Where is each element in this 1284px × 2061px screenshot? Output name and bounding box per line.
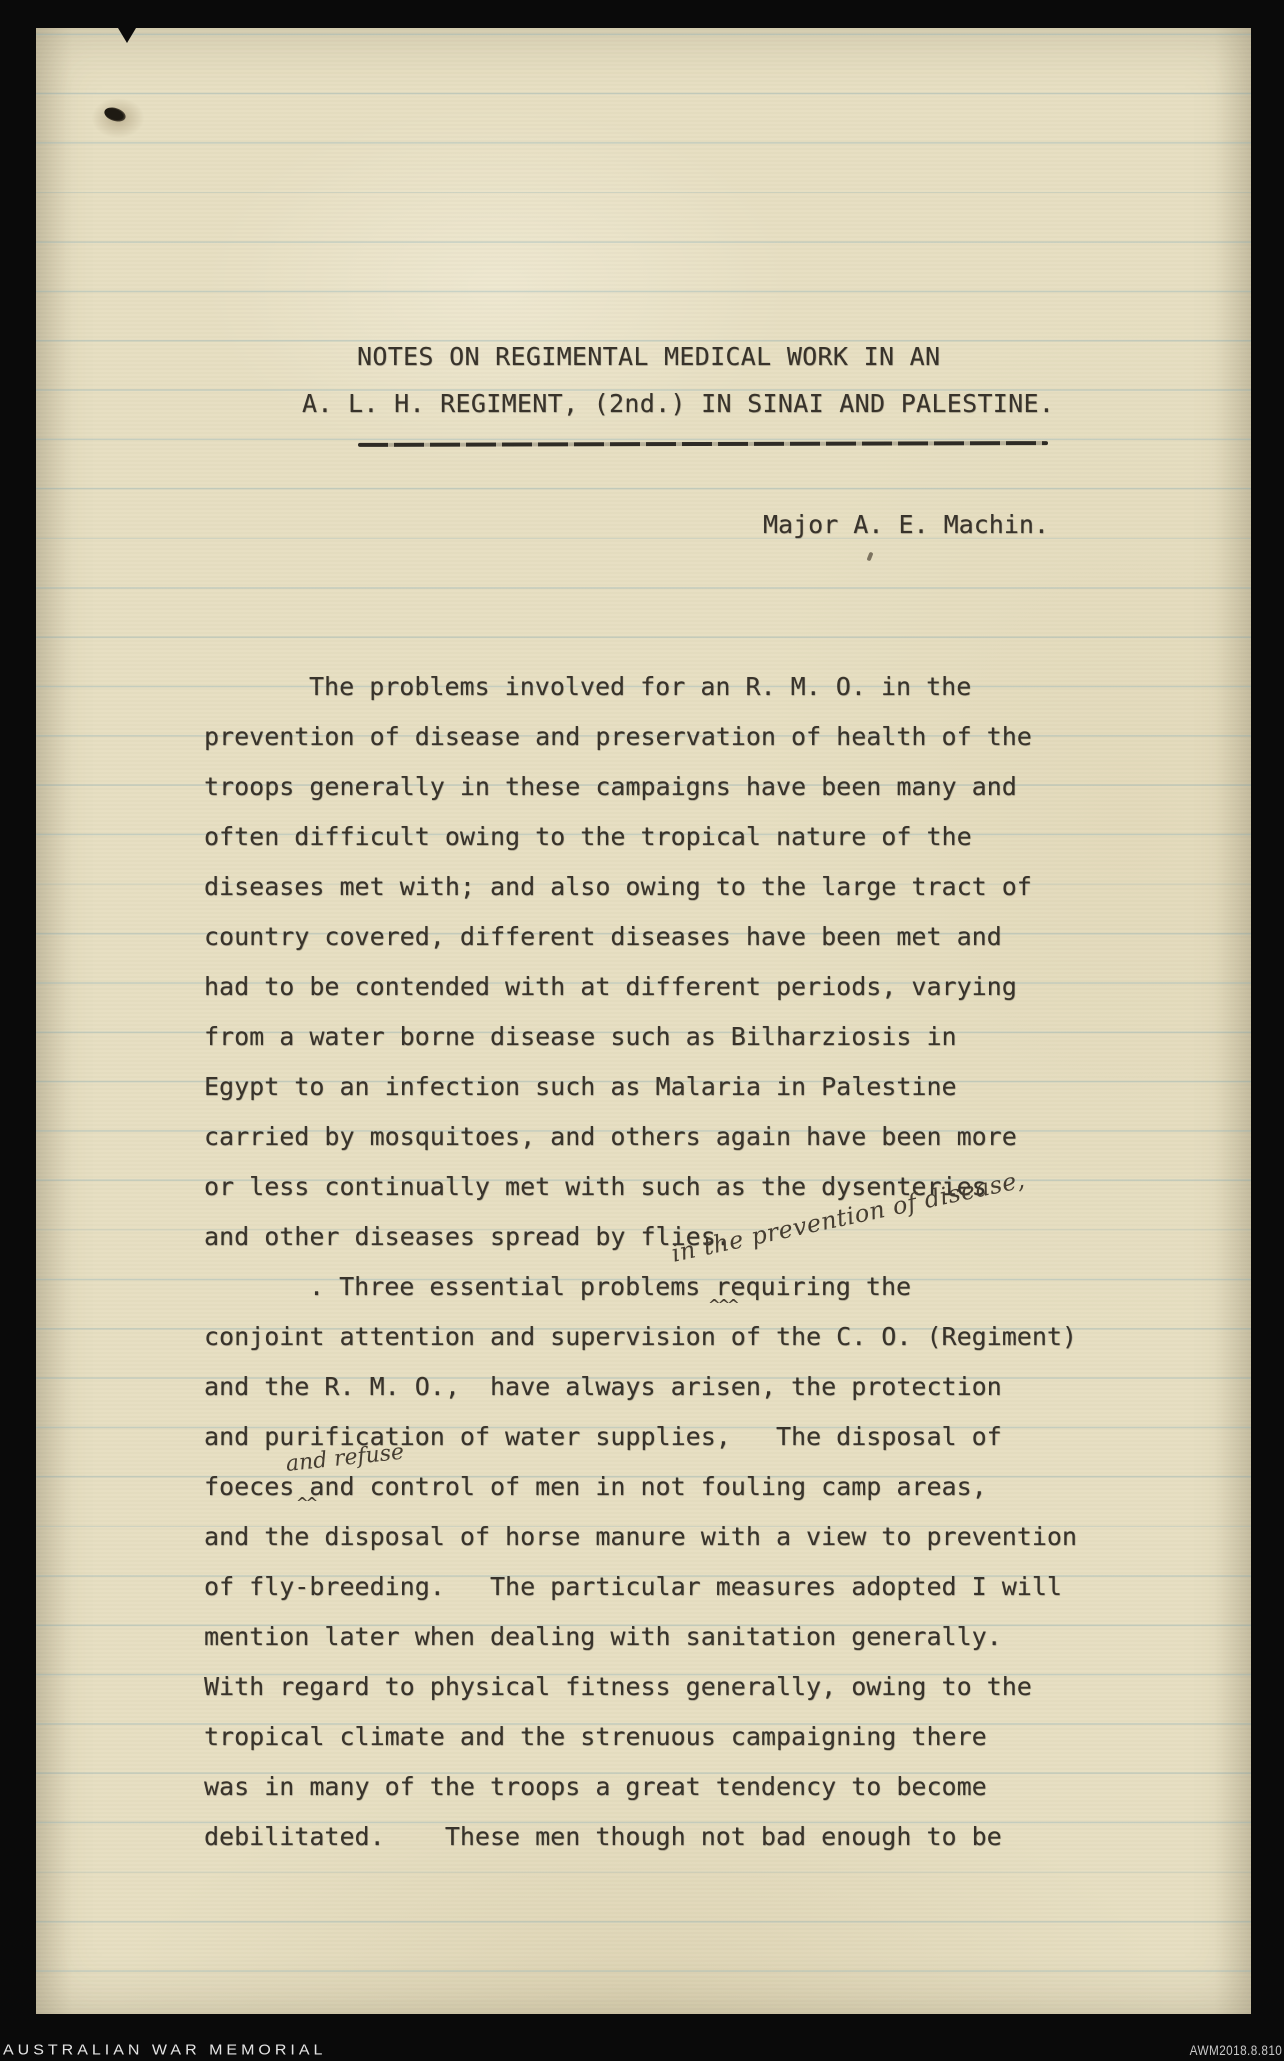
typed-line: had to be contended with at different pe…: [204, 962, 1204, 1012]
paper-edge-notch: [118, 28, 136, 43]
typed-line: country covered, different diseases have…: [204, 912, 1204, 962]
title-underline: [358, 441, 1048, 447]
typed-line: and the disposal of horse manure with a …: [204, 1512, 1204, 1562]
typed-line: mention later when dealing with sanitati…: [204, 1612, 1204, 1662]
typed-line: . Three essential problems requiring the: [204, 1262, 1204, 1312]
typed-line: The problems involved for an R. M. O. in…: [204, 662, 1204, 712]
typed-line: was in many of the troops a great tenden…: [204, 1762, 1204, 1812]
archive-id-label: AWM2018.8.810: [1189, 2042, 1282, 2058]
caret-mark-2: ^^: [296, 1494, 315, 1512]
typed-line: often difficult owing to the tropical na…: [204, 812, 1204, 862]
author-line: Major A. E. Machin.: [763, 510, 1049, 539]
typed-line: or less continually met with such as the…: [204, 1162, 1204, 1212]
caret-mark-1: ^^^: [708, 1296, 737, 1314]
typed-line: and the R. M. O., have always arisen, th…: [204, 1362, 1204, 1412]
typed-line: diseases met with; and also owing to the…: [204, 862, 1204, 912]
margin-mark: [866, 552, 873, 562]
typed-line: conjoint attention and supervision of th…: [204, 1312, 1204, 1362]
typed-line: With regard to physical fitness generall…: [204, 1662, 1204, 1712]
document-title-line2: A. L. H. REGIMENT, (2nd.) IN SINAI AND P…: [302, 387, 1054, 421]
typed-line: carried by mosquitoes, and others again …: [204, 1112, 1204, 1162]
typed-line: tropical climate and the strenuous campa…: [204, 1712, 1204, 1762]
archive-name-label: AUSTRALIAN WAR MEMORIAL: [3, 2042, 326, 2059]
typed-line: of fly-breeding. The particular measures…: [204, 1562, 1204, 1612]
typed-line: troops generally in these campaigns have…: [204, 762, 1204, 812]
document-title-line1: NOTES ON REGIMENTAL MEDICAL WORK IN AN: [357, 340, 940, 374]
archive-footer: AUSTRALIAN WAR MEMORIAL AWM2018.8.810: [0, 2014, 1284, 2061]
document-paper: NOTES ON REGIMENTAL MEDICAL WORK IN AN A…: [36, 28, 1251, 2014]
typed-line: Egypt to an infection such as Malaria in…: [204, 1062, 1204, 1112]
typed-line: prevention of disease and preservation o…: [204, 712, 1204, 762]
document-body: The problems involved for an R. M. O. in…: [204, 662, 1204, 1862]
scanned-document-page: NOTES ON REGIMENTAL MEDICAL WORK IN AN A…: [0, 0, 1284, 2061]
typed-line: from a water borne disease such as Bilha…: [204, 1012, 1204, 1062]
typed-line: debilitated. These men though not bad en…: [204, 1812, 1204, 1862]
